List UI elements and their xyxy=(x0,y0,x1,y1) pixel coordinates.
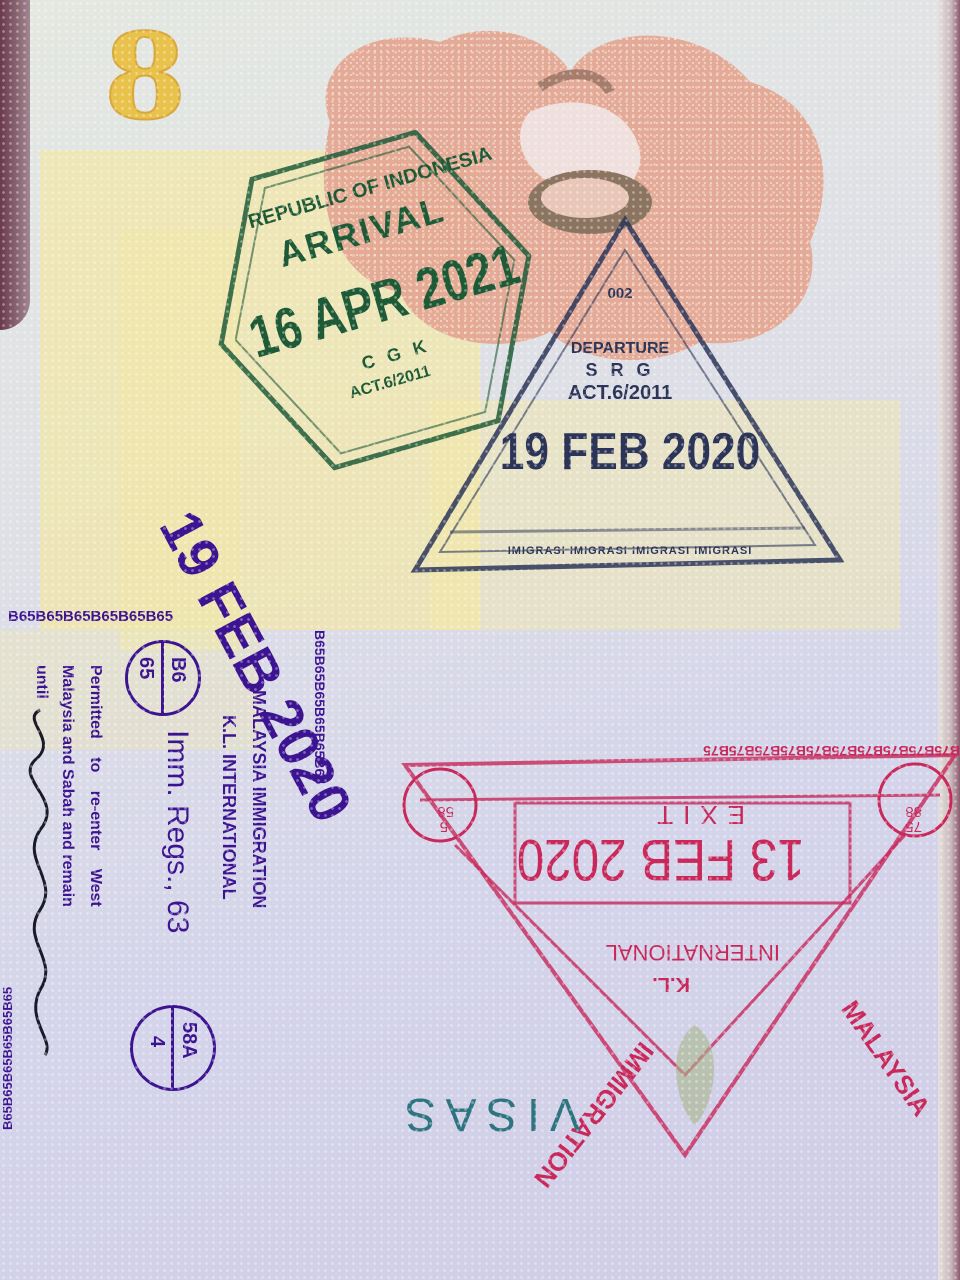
stamp-type: DEPARTURE xyxy=(550,340,690,358)
stamp-side-right: MALAYSIA xyxy=(835,995,937,1122)
stamp-subtitle: K.L. INTERNATIONAL xyxy=(218,715,239,900)
stamp-date: 19 FEB 2020 xyxy=(494,422,766,482)
stamp-border-text: IMIGRASI IMIGRASI IMIGRASI IMIGRASI xyxy=(440,545,820,557)
cover-edge-left xyxy=(0,0,30,330)
indonesia-departure-stamp: 002 DEPARTURE S R G ACT.6/2011 19 FEB 20… xyxy=(410,210,850,580)
stamp-regulation: Imm. Regs., 63 xyxy=(160,730,194,933)
stamp-act: ACT.6/2011 xyxy=(530,382,710,405)
stamp-circle-bottom: 58A 4 xyxy=(130,1005,216,1091)
stamp-airport-line2: INTERNATIONAL xyxy=(606,939,780,965)
passport-page: 8 REPUBLIC OF INDONESIA ARRIVAL 16 APR 2… xyxy=(0,0,960,1280)
visas-section-label: VISAS xyxy=(395,1088,581,1142)
stamp-border-code: B65B65B65B65B65B65 xyxy=(8,608,173,625)
stamp-date: 13 FEB 2020 xyxy=(517,826,805,893)
page-number: 8 xyxy=(104,18,186,136)
stamp-number: 002 xyxy=(590,285,650,302)
stamp-airport-line1: K.L. xyxy=(652,972,690,995)
handwritten-date-icon xyxy=(10,700,70,1060)
stamp-permit-line3: until xyxy=(32,665,50,699)
stamp-circle-top: B6 65 xyxy=(125,640,201,716)
stamp-border-code: B75B75B75B75B75B75B75B75B75B75 xyxy=(395,743,960,759)
stamp-permit-line1: Permitted to re-enter West xyxy=(86,665,104,907)
stamp-port: S R G xyxy=(550,360,690,381)
